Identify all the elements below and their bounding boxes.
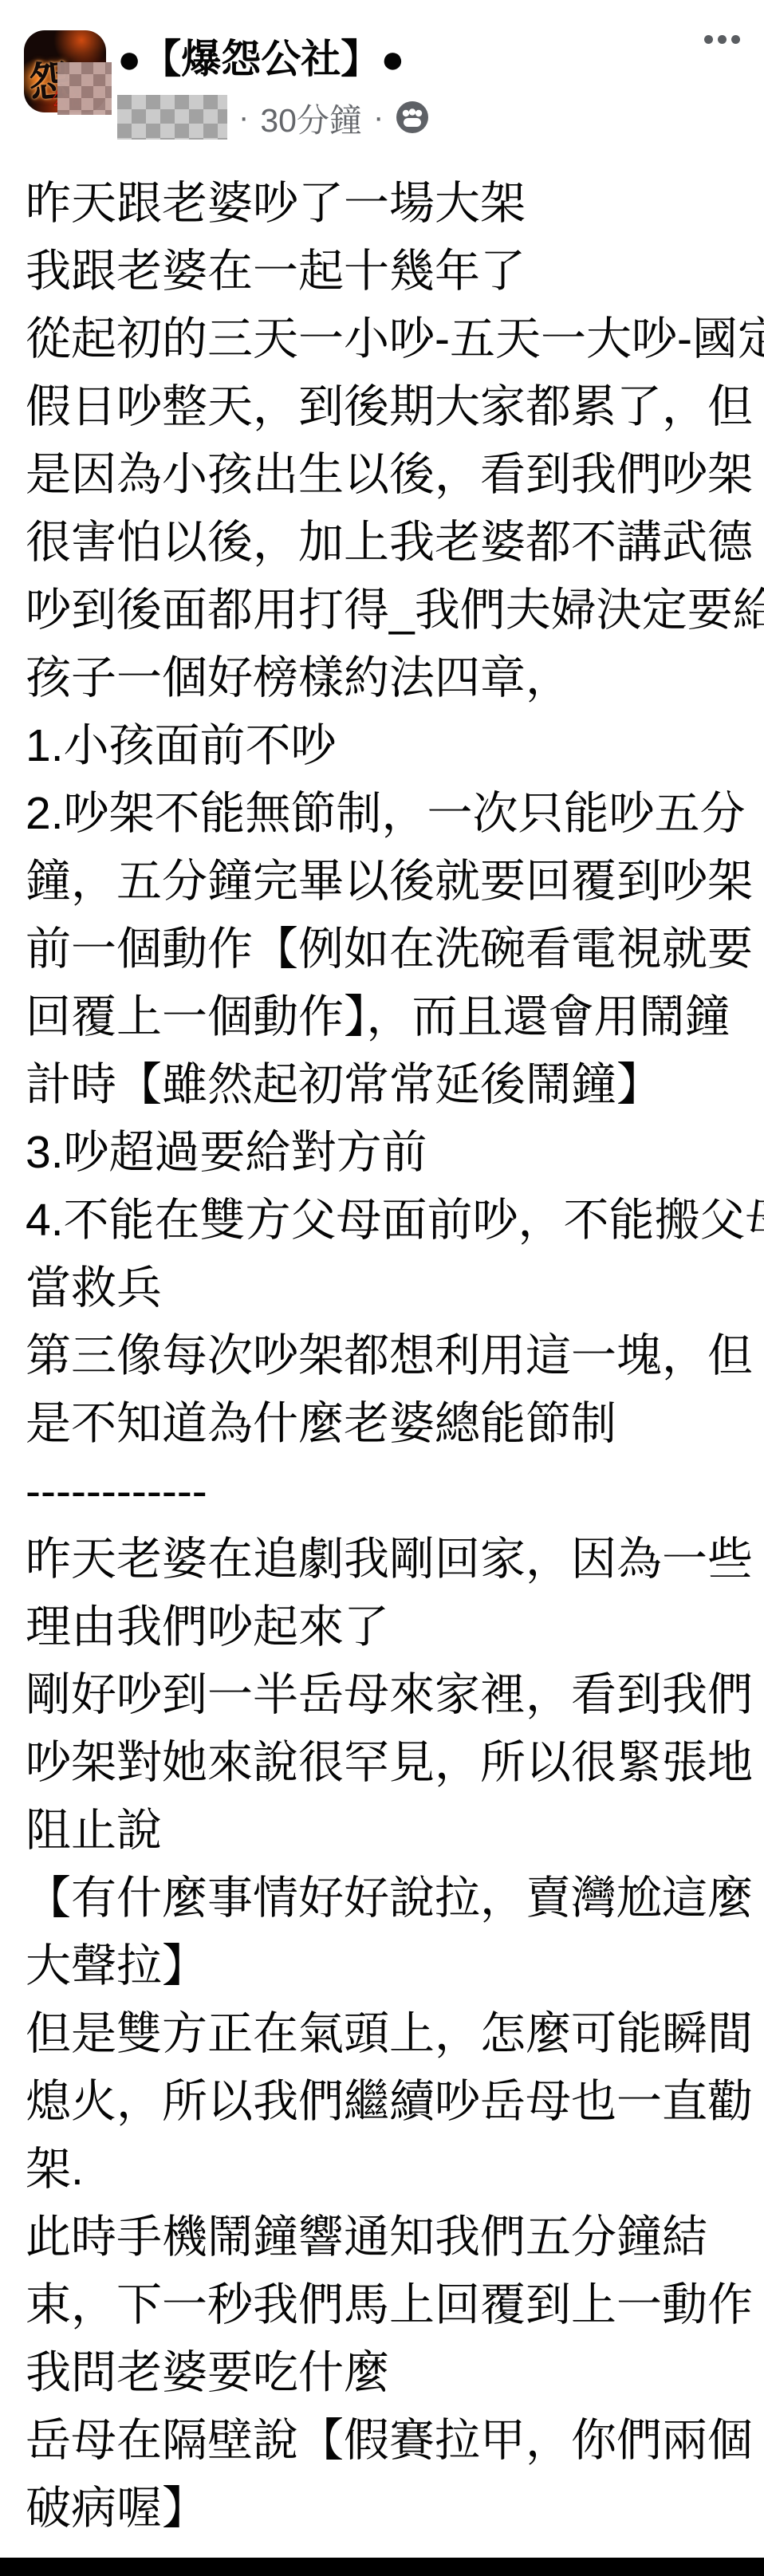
post-text-line: 理由我們吵起來了 xyxy=(26,1593,748,1661)
post-text-line: 【有什麼事情好好說拉，賣灣尬這麼 xyxy=(26,1865,748,1932)
post-text-line: 岳母在隔壁說【假賽拉甲，你們兩個 xyxy=(26,2407,748,2475)
post-text-line: 前一個動作【例如在洗碗看電視就要 xyxy=(26,916,748,983)
post-text-line: 是不知道為什麼老婆總能節制 xyxy=(26,1390,748,1458)
post-text-line: 束，下一秒我們馬上回覆到上一動作 xyxy=(26,2271,748,2339)
post-text-line: 假日吵整天，到後期大家都累了，但 xyxy=(26,373,748,441)
post-text-line: 吵架對她來說很罕見，所以很緊張地 xyxy=(26,1729,748,1797)
post-text-line: 2.吵架不能無節制，一次只能吵五分 xyxy=(26,780,748,848)
post-text-line: 孩子一個好榜樣約法四章， xyxy=(26,644,748,712)
more-options-icon xyxy=(718,35,727,44)
post-header: 怨 公社 ●【爆怨公社】● · 30分鐘 · xyxy=(0,0,764,140)
post-text-line: 昨天跟老婆吵了一場大架 xyxy=(26,170,748,238)
more-options-icon xyxy=(731,35,740,44)
meta-separator: · xyxy=(373,100,384,136)
author-name-redacted[interactable] xyxy=(117,95,227,140)
post-text-line: 熄火，所以我們繼續吵岳母也一直勸 xyxy=(26,2068,748,2136)
group-privacy-icon xyxy=(395,100,430,135)
post-text-line: 計時【雖然起初常常延後鬧鐘】 xyxy=(26,1051,748,1119)
post-text-line: 阻止說 xyxy=(26,1797,748,1865)
bottom-bar xyxy=(0,2558,764,2576)
post-timestamp[interactable]: 30分鐘 xyxy=(260,94,362,141)
post-screen: 怨 公社 ●【爆怨公社】● · 30分鐘 · xyxy=(0,0,764,2576)
post-text-line: 吵到後面都用打得_我們夫婦決定要給 xyxy=(26,577,748,644)
post-text-line: 我跟老婆在一起十幾年了 xyxy=(26,238,748,305)
post-text-line: 是因為小孩出生以後，看到我們吵架 xyxy=(26,441,748,509)
more-options-button[interactable] xyxy=(701,32,743,47)
post-text-line: 昨天老婆在追劇我剛回家，因為一些 xyxy=(26,1526,748,1593)
post-text-line: 此時手機鬧鐘響通知我們五分鐘結 xyxy=(26,2204,748,2271)
post-text-line: 1.小孩面前不吵 xyxy=(26,712,748,780)
post-text-line: 破病喔】 xyxy=(26,2475,748,2543)
post-text-line: ------------ xyxy=(26,1458,748,1526)
post-text-line: 架. xyxy=(26,2136,748,2204)
post-text-line: 剛好吵到一半岳母來家裡，看到我們 xyxy=(26,1661,748,1729)
post-text-line: 3.吵超過要給對方前 xyxy=(26,1119,748,1187)
group-name-link[interactable]: ●【爆怨公社】● xyxy=(117,34,742,84)
header-info: ●【爆怨公社】● · 30分鐘 · xyxy=(117,30,742,140)
post-text-line: 當救兵 xyxy=(26,1255,748,1322)
post-text-line: 回覆上一個動作】，而且還會用鬧鐘 xyxy=(26,983,748,1051)
post-text-line: 第三像每次吵架都想利用這一塊，但 xyxy=(26,1322,748,1390)
post-text-line: 我問老婆要吃什麼 xyxy=(26,2339,748,2407)
post-text-line: 大聲拉】 xyxy=(26,1932,748,2000)
avatar-pixelated-patch xyxy=(57,62,112,115)
post-text-line: 4.不能在雙方父母面前吵，不能搬父母 xyxy=(26,1187,748,1255)
post-text-line: 從起初的三天一小吵-五天一大吵-國定 xyxy=(26,305,748,373)
group-avatar[interactable]: 怨 公社 xyxy=(24,30,106,112)
post-text-line: 很害怕以後，加上我老婆都不講武德 xyxy=(26,509,748,577)
post-text-line: 但是雙方正在氣頭上，怎麼可能瞬間 xyxy=(26,2000,748,2068)
post-meta-row: · 30分鐘 · xyxy=(117,95,742,140)
post-content: 昨天跟老婆吵了一場大架我跟老婆在一起十幾年了從起初的三天一小吵-五天一大吵-國定… xyxy=(0,170,764,2543)
post-text-line: 鐘，五分鐘完畢以後就要回覆到吵架 xyxy=(26,848,748,916)
more-options-icon xyxy=(704,35,713,44)
meta-separator: · xyxy=(238,100,249,136)
